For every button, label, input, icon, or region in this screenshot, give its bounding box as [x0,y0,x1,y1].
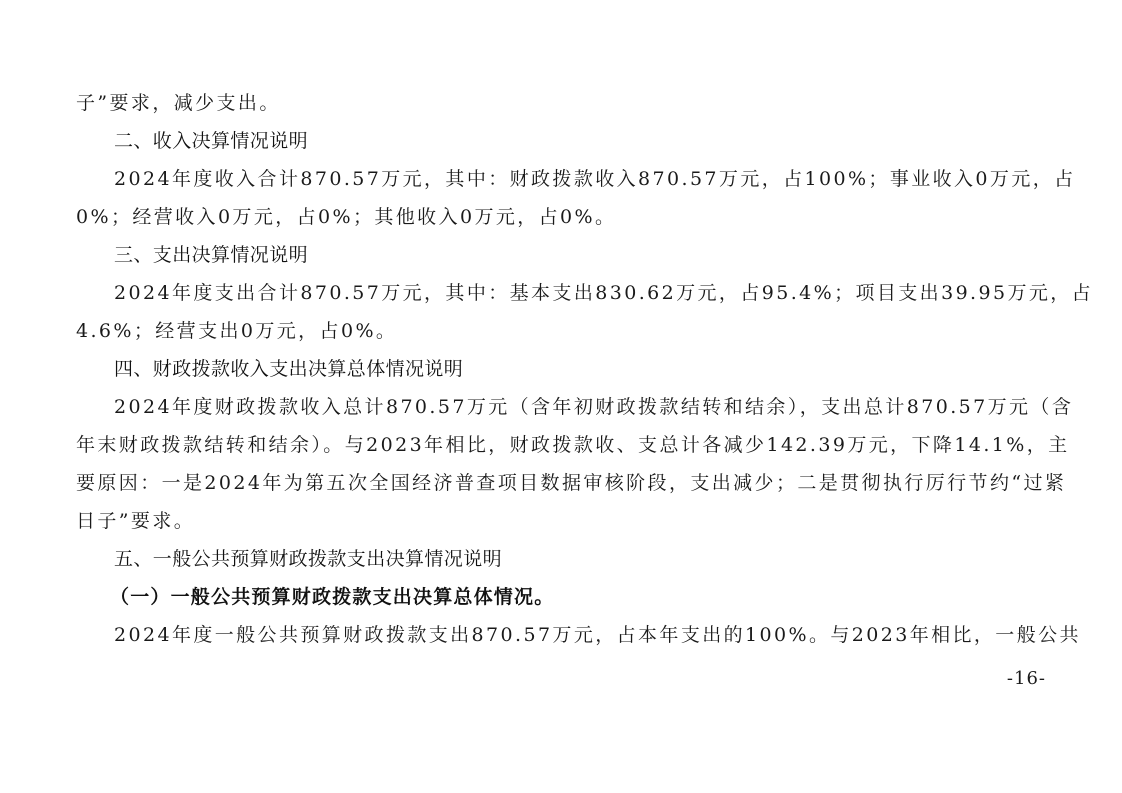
section-heading-general-budget: 五、一般公共预算财政拨款支出决算情况说明 [114,546,502,572]
section-heading-income: 二、收入决算情况说明 [114,128,308,154]
paragraph-line: 要原因：一是2024年为第五次全国经济普查项目数据审核阶段，支出减少；二是贯彻执… [76,470,1036,496]
paragraph-line: 2024年度一般公共预算财政拨款支出870.57万元，占本年支出的100%。与2… [114,622,1036,648]
paragraph-line: 2024年度支出合计870.57万元，其中：基本支出830.62万元，占95.4… [114,280,1036,306]
section-heading-expense: 三、支出决算情况说明 [114,242,308,268]
page-number: -16- [1007,667,1046,691]
paragraph-line: 4.6%；经营支出0万元，占0%。 [76,318,1036,344]
document-page: 子”要求，减少支出。 二、收入决算情况说明 2024年度收入合计870.57万元… [0,0,1122,793]
paragraph-line: 2024年度财政拨款收入总计870.57万元（含年初财政拨款结转和结余），支出总… [114,394,1036,420]
paragraph-line: 年末财政拨款结转和结余）。与2023年相比，财政拨款收、支总计各减少142.39… [76,432,1036,458]
paragraph-line: 2024年度收入合计870.57万元，其中：财政拨款收入870.57万元，占10… [114,166,1036,192]
section-heading-fiscal-overview: 四、财政拨款收入支出决算总体情况说明 [114,356,463,382]
paragraph-line: 0%；经营收入0万元，占0%；其他收入0万元，占0%。 [76,204,1036,230]
paragraph-line: 日子”要求。 [76,508,1036,534]
subsection-heading: （一）一般公共预算财政拨款支出决算总体情况。 [110,584,554,610]
paragraph-line: 子”要求，减少支出。 [76,90,998,116]
